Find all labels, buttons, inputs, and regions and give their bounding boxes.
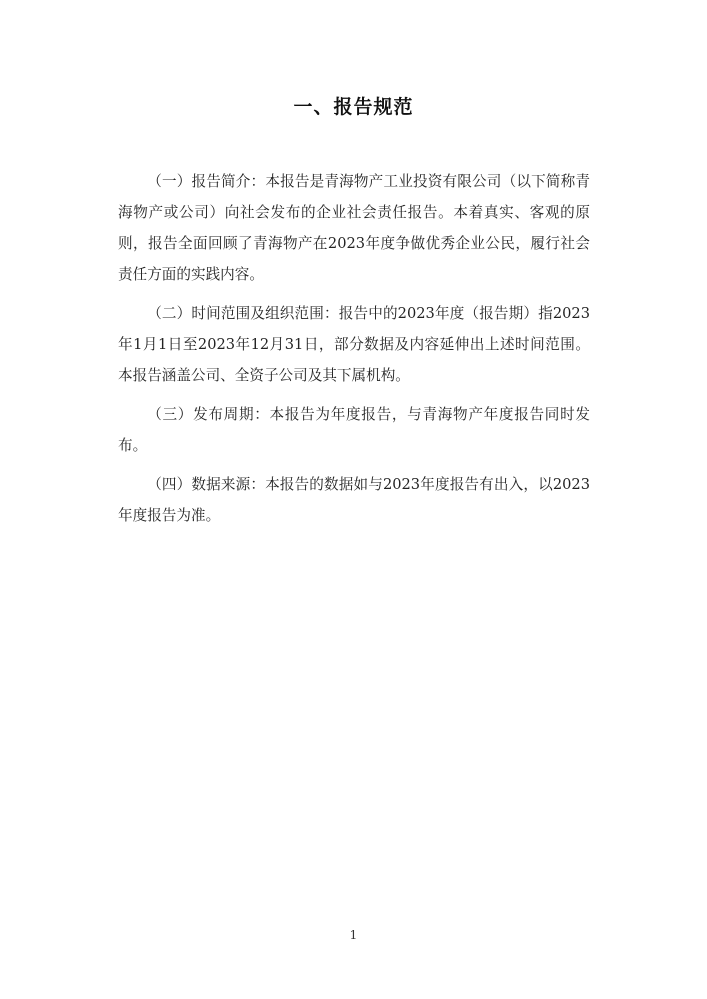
paragraph-report-intro: （一）报告简介：本报告是青海物产工业投资有限公司（以下简称青海物产或公司）向社会… [118, 166, 590, 290]
paragraph-data-source: （四）数据来源：本报告的数据如与2023年度报告有出入，以2023年度报告为准。 [118, 469, 590, 531]
paragraph-publish-cycle: （三）发布周期：本报告为年度报告，与青海物产年度报告同时发布。 [118, 399, 590, 461]
page-number: 1 [0, 928, 707, 942]
section-title: 一、报告规范 [0, 92, 707, 119]
body-text: （一）报告简介：本报告是青海物产工业投资有限公司（以下简称青海物产或公司）向社会… [118, 166, 590, 539]
document-page: 一、报告规范 （一）报告简介：本报告是青海物产工业投资有限公司（以下简称青海物产… [0, 0, 707, 999]
paragraph-time-scope: （二）时间范围及组织范围：报告中的2023年度（报告期）指2023年1月1日至2… [118, 298, 590, 391]
